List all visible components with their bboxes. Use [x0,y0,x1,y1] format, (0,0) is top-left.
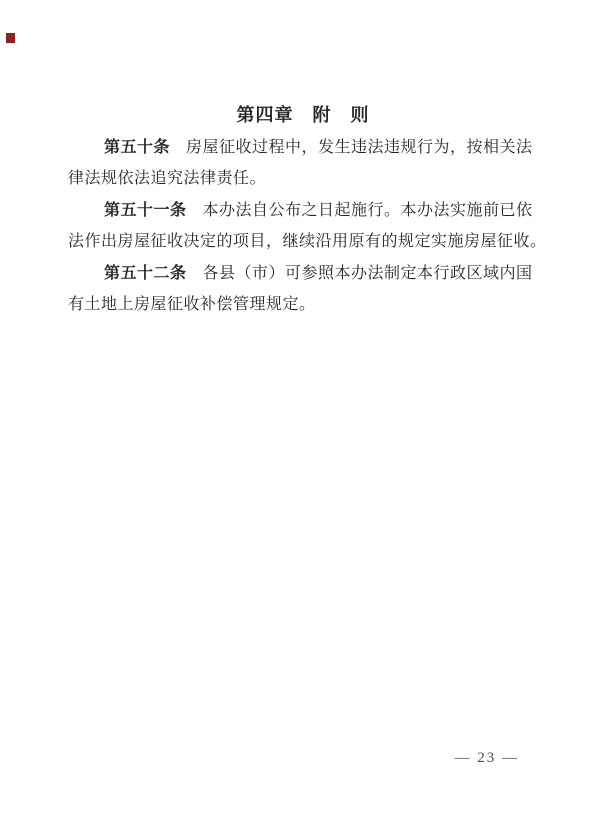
article-52-line-2: 有土地上房屋征收补偿管理规定。 [68,289,538,321]
article-51-line-1: 第五十一条本办法自公布之日起施行。本办法实施前已依 [68,195,538,227]
chapter-heading: 第四章 附 则 [68,100,538,132]
page-number: — 23 — [455,750,520,767]
article-50-line-2: 律法规依法追究法律责任。 [68,163,538,195]
article-50-text-1: 房屋征收过程中，发生违法违规行为，按相关法 [186,139,533,156]
article-51-line-2: 法作出房屋征收决定的项目，继续沿用原有的规定实施房屋征收。 [68,226,538,258]
article-51-number: 第五十一条 [104,202,203,219]
article-52-number: 第五十二条 [104,265,203,282]
article-50-line-1: 第五十条房屋征收过程中，发生违法违规行为，按相关法 [68,132,538,164]
article-52-line-1: 第五十二条各县（市）可参照本办法制定本行政区域内国 [68,258,538,290]
article-51-text-1: 本办法自公布之日起施行。本办法实施前已依 [203,202,533,219]
document-page: 第四章 附 则 第五十条房屋征收过程中，发生违法违规行为，按相关法 律法规依法追… [0,0,589,839]
article-52-text-1: 各县（市）可参照本办法制定本行政区域内国 [203,265,533,282]
document-content: 第四章 附 则 第五十条房屋征收过程中，发生违法违规行为，按相关法 律法规依法追… [68,100,538,321]
article-50-number: 第五十条 [104,139,186,156]
red-scan-mark [6,33,15,43]
